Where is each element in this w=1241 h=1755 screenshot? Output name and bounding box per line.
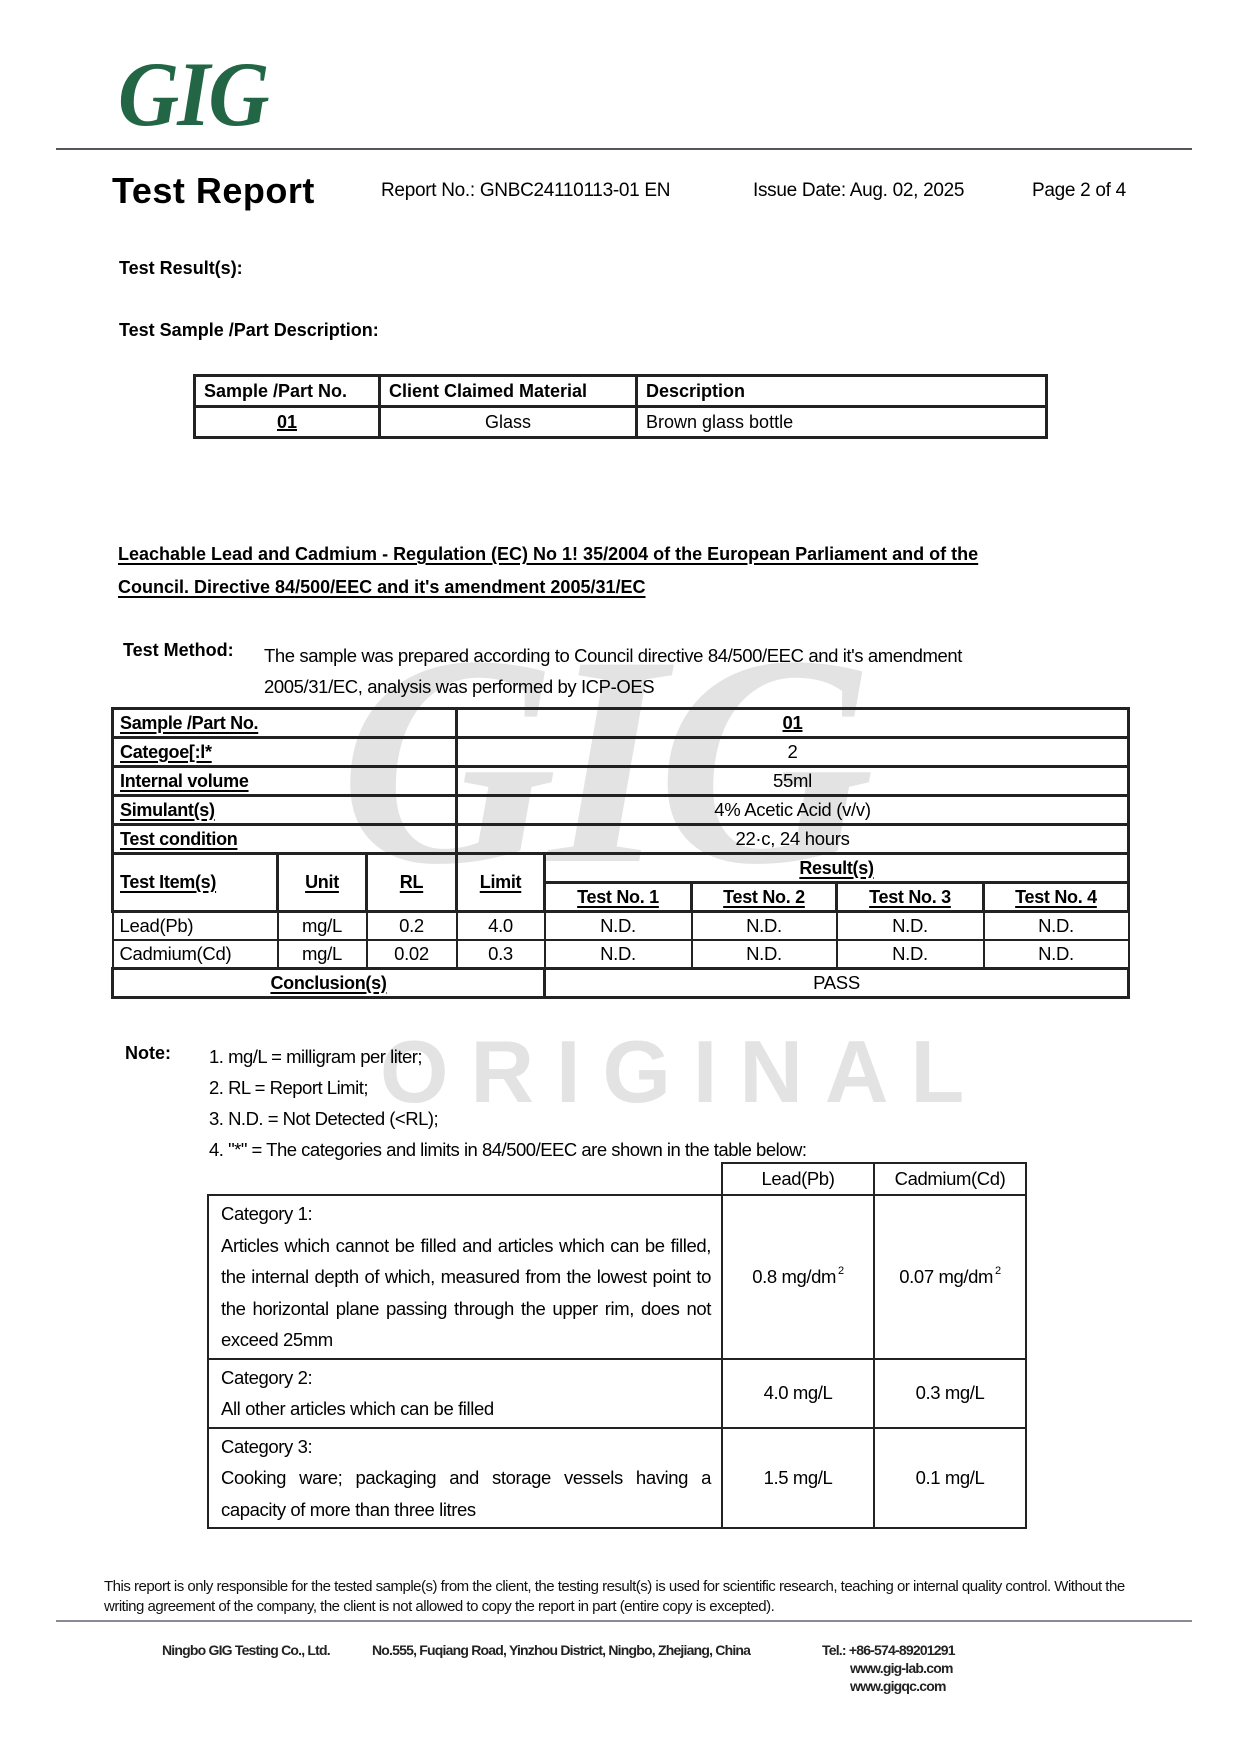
column-header-limit: Limit	[457, 854, 545, 912]
table-row: Cadmium(Cd) mg/L 0.02 0.3 N.D. N.D. N.D.…	[113, 940, 1129, 969]
section-test-results: Test Result(s):	[119, 258, 243, 279]
category-title: Category 2:	[221, 1362, 711, 1394]
unit: mg/L	[278, 912, 367, 941]
conclusion-value: PASS	[545, 969, 1129, 998]
info-row-sample: Sample /Part No. 01	[113, 709, 1129, 738]
test-method-line1: The sample was prepared according to Cou…	[264, 640, 1064, 671]
info-label: Categoe[:l*	[113, 738, 457, 767]
company-logo: GIG	[118, 48, 268, 140]
unit: mg/L	[278, 940, 367, 969]
category-cell: Category 2: All other articles which can…	[208, 1359, 722, 1428]
footer-disclaimer: This report is only responsible for the …	[104, 1577, 1144, 1617]
result-value: N.D.	[837, 912, 984, 941]
table-row: Category 2: All other articles which can…	[208, 1359, 1026, 1428]
table-row: Lead(Pb) mg/L 0.2 4.0 N.D. N.D. N.D. N.D…	[113, 912, 1129, 941]
cadmium-limit: 0.07 mg/dm2	[874, 1195, 1026, 1359]
footer-address: No.555, Fuqiang Road, Yinzhou District, …	[372, 1641, 750, 1659]
section-sample-description: Test Sample /Part Description:	[119, 320, 379, 341]
notes-list: 1. mg/L = milligram per liter; 2. RL = R…	[209, 1041, 807, 1165]
report-limit: 0.2	[367, 912, 457, 941]
test-method-line2: 2005/31/EC, analysis was performed by IC…	[264, 671, 1064, 702]
note-item: 3. N.D. = Not Detected (<RL);	[209, 1103, 807, 1134]
column-header: Description	[637, 376, 1047, 407]
regulation-title-line1: Leachable Lead and Cadmium - Regulation …	[118, 544, 978, 564]
lead-limit: 0.8 mg/dm2	[722, 1195, 874, 1359]
footer-divider	[56, 1620, 1192, 1622]
category-description: All other articles which can be filled	[221, 1393, 711, 1425]
sample-table: Sample /Part No. Client Claimed Material…	[193, 374, 1048, 439]
column-header: Sample /Part No.	[195, 376, 380, 407]
result-table: Sample /Part No. 01 Categoe[:l* 2 Intern…	[111, 707, 1130, 999]
footer-tel: Tel.: +86-574-89201291	[822, 1641, 955, 1659]
info-value: 4% Acetic Acid (v/v)	[457, 796, 1129, 825]
table-header-row: Sample /Part No. Client Claimed Material…	[195, 376, 1047, 407]
info-row-condition: Test condition 22·c, 24 hours	[113, 825, 1129, 854]
issue-date: Issue Date: Aug. 02, 2025	[753, 180, 964, 202]
info-row-category: Categoe[:l* 2	[113, 738, 1129, 767]
category-description: Cooking ware; packaging and storage vess…	[221, 1462, 711, 1525]
result-value: N.D.	[984, 912, 1129, 941]
info-row-volume: Internal volume 55ml	[113, 767, 1129, 796]
category-cell: Category 1: Articles which cannot be fil…	[208, 1195, 722, 1359]
info-value: 01	[457, 709, 1129, 738]
info-label: Sample /Part No.	[113, 709, 457, 738]
result-value: N.D.	[545, 912, 692, 941]
lead-limit: 4.0 mg/L	[722, 1359, 874, 1428]
footer-website-1[interactable]: www.gig-lab.com	[850, 1659, 953, 1677]
sample-number: 01	[195, 407, 380, 438]
note-item: 2. RL = Report Limit;	[209, 1072, 807, 1103]
result-value: N.D.	[984, 940, 1129, 969]
conclusion-row: Conclusion(s) PASS	[113, 969, 1129, 998]
info-label: Test condition	[113, 825, 457, 854]
page-title: Test Report	[112, 170, 315, 212]
category-description: Articles which cannot be filled and arti…	[221, 1230, 711, 1356]
limit: 0.3	[457, 940, 545, 969]
conclusion-label: Conclusion(s)	[113, 969, 545, 998]
result-value: N.D.	[692, 912, 837, 941]
test-item: Cadmium(Cd)	[113, 940, 278, 969]
cadmium-limit: 0.3 mg/L	[874, 1359, 1026, 1428]
info-value: 2	[457, 738, 1129, 767]
column-header-cadmium: Cadmium(Cd)	[874, 1163, 1026, 1195]
column-header: Client Claimed Material	[380, 376, 637, 407]
report-number: Report No.: GNBC24110113-01 EN	[381, 180, 670, 202]
result-value: N.D.	[837, 940, 984, 969]
info-row-simulant: Simulant(s) 4% Acetic Acid (v/v)	[113, 796, 1129, 825]
regulation-title-line2: Council. Directive 84/500/EEC and it's a…	[118, 577, 646, 597]
table-header-row: Lead(Pb) Cadmium(Cd)	[208, 1163, 1026, 1195]
column-header-test-3: Test No. 3	[837, 883, 984, 912]
claimed-material: Glass	[380, 407, 637, 438]
category-cell: Category 3: Cooking ware; packaging and …	[208, 1428, 722, 1529]
info-value: 55ml	[457, 767, 1129, 796]
category-title: Category 1:	[221, 1198, 711, 1230]
info-value: 22·c, 24 hours	[457, 825, 1129, 854]
table-row: 01 Glass Brown glass bottle	[195, 407, 1047, 438]
column-header-test-4: Test No. 4	[984, 883, 1129, 912]
note-item: 1. mg/L = milligram per liter;	[209, 1041, 807, 1072]
column-header-test-2: Test No. 2	[692, 883, 837, 912]
result-header-row: Test Item(s) Unit RL Limit Result(s)	[113, 854, 1129, 883]
column-header-test-1: Test No. 1	[545, 883, 692, 912]
column-header-results: Result(s)	[545, 854, 1129, 883]
test-item: Lead(Pb)	[113, 912, 278, 941]
header-divider	[56, 148, 1192, 150]
result-value: N.D.	[545, 940, 692, 969]
footer-website-2[interactable]: www.gigqc.com	[850, 1677, 946, 1695]
sample-description: Brown glass bottle	[637, 407, 1047, 438]
result-value: N.D.	[692, 940, 837, 969]
footer-company: Ningbo GIG Testing Co., Ltd.	[162, 1641, 330, 1659]
column-header-rl: RL	[367, 854, 457, 912]
lead-limit: 1.5 mg/L	[722, 1428, 874, 1529]
category-title: Category 3:	[221, 1431, 711, 1463]
note-item: 4. "*" = The categories and limits in 84…	[209, 1134, 807, 1165]
table-row: Category 3: Cooking ware; packaging and …	[208, 1428, 1026, 1529]
category-limits-table: Lead(Pb) Cadmium(Cd) Category 1: Article…	[207, 1162, 1027, 1529]
table-row: Category 1: Articles which cannot be fil…	[208, 1195, 1026, 1359]
regulation-title: Leachable Lead and Cadmium - Regulation …	[118, 538, 978, 604]
note-label: Note:	[125, 1043, 171, 1064]
report-limit: 0.02	[367, 940, 457, 969]
column-header-unit: Unit	[278, 854, 367, 912]
page-number: Page 2 of 4	[1032, 180, 1126, 202]
info-label: Internal volume	[113, 767, 457, 796]
column-header-lead: Lead(Pb)	[722, 1163, 874, 1195]
info-label: Simulant(s)	[113, 796, 457, 825]
test-method-label: Test Method:	[123, 640, 234, 661]
column-header-item: Test Item(s)	[113, 854, 278, 912]
limit: 4.0	[457, 912, 545, 941]
test-method-text: The sample was prepared according to Cou…	[264, 640, 1064, 702]
cadmium-limit: 0.1 mg/L	[874, 1428, 1026, 1529]
